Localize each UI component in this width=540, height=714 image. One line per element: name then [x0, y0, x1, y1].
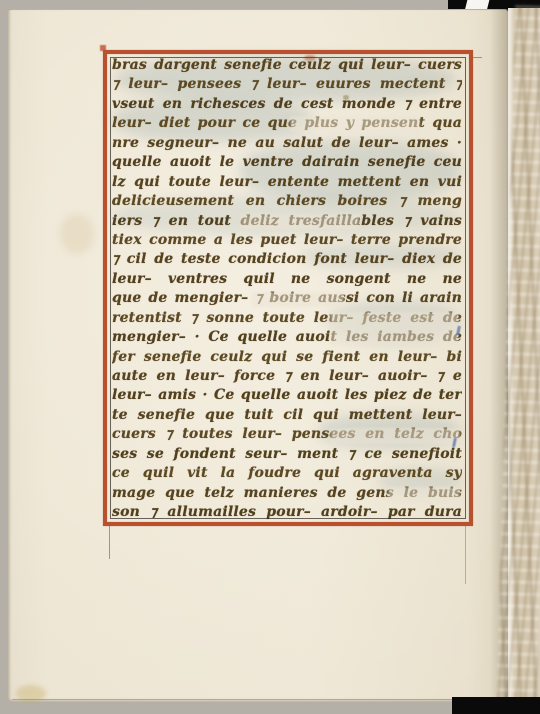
ruling-extension	[100, 45, 106, 51]
book-fore-edge	[508, 8, 540, 699]
ruling-extension	[109, 526, 110, 559]
manuscript-scan: bras dargent senefie ceulz qui leur– cue…	[0, 0, 540, 714]
page-edge	[12, 699, 504, 700]
scanner-corner-bottom-right	[452, 697, 540, 714]
red-ruled-frame	[103, 50, 473, 526]
parchment-stain	[60, 214, 94, 254]
ruling-extension	[465, 526, 466, 584]
inner-rule-line	[110, 57, 466, 519]
ruling-extension	[473, 57, 482, 58]
